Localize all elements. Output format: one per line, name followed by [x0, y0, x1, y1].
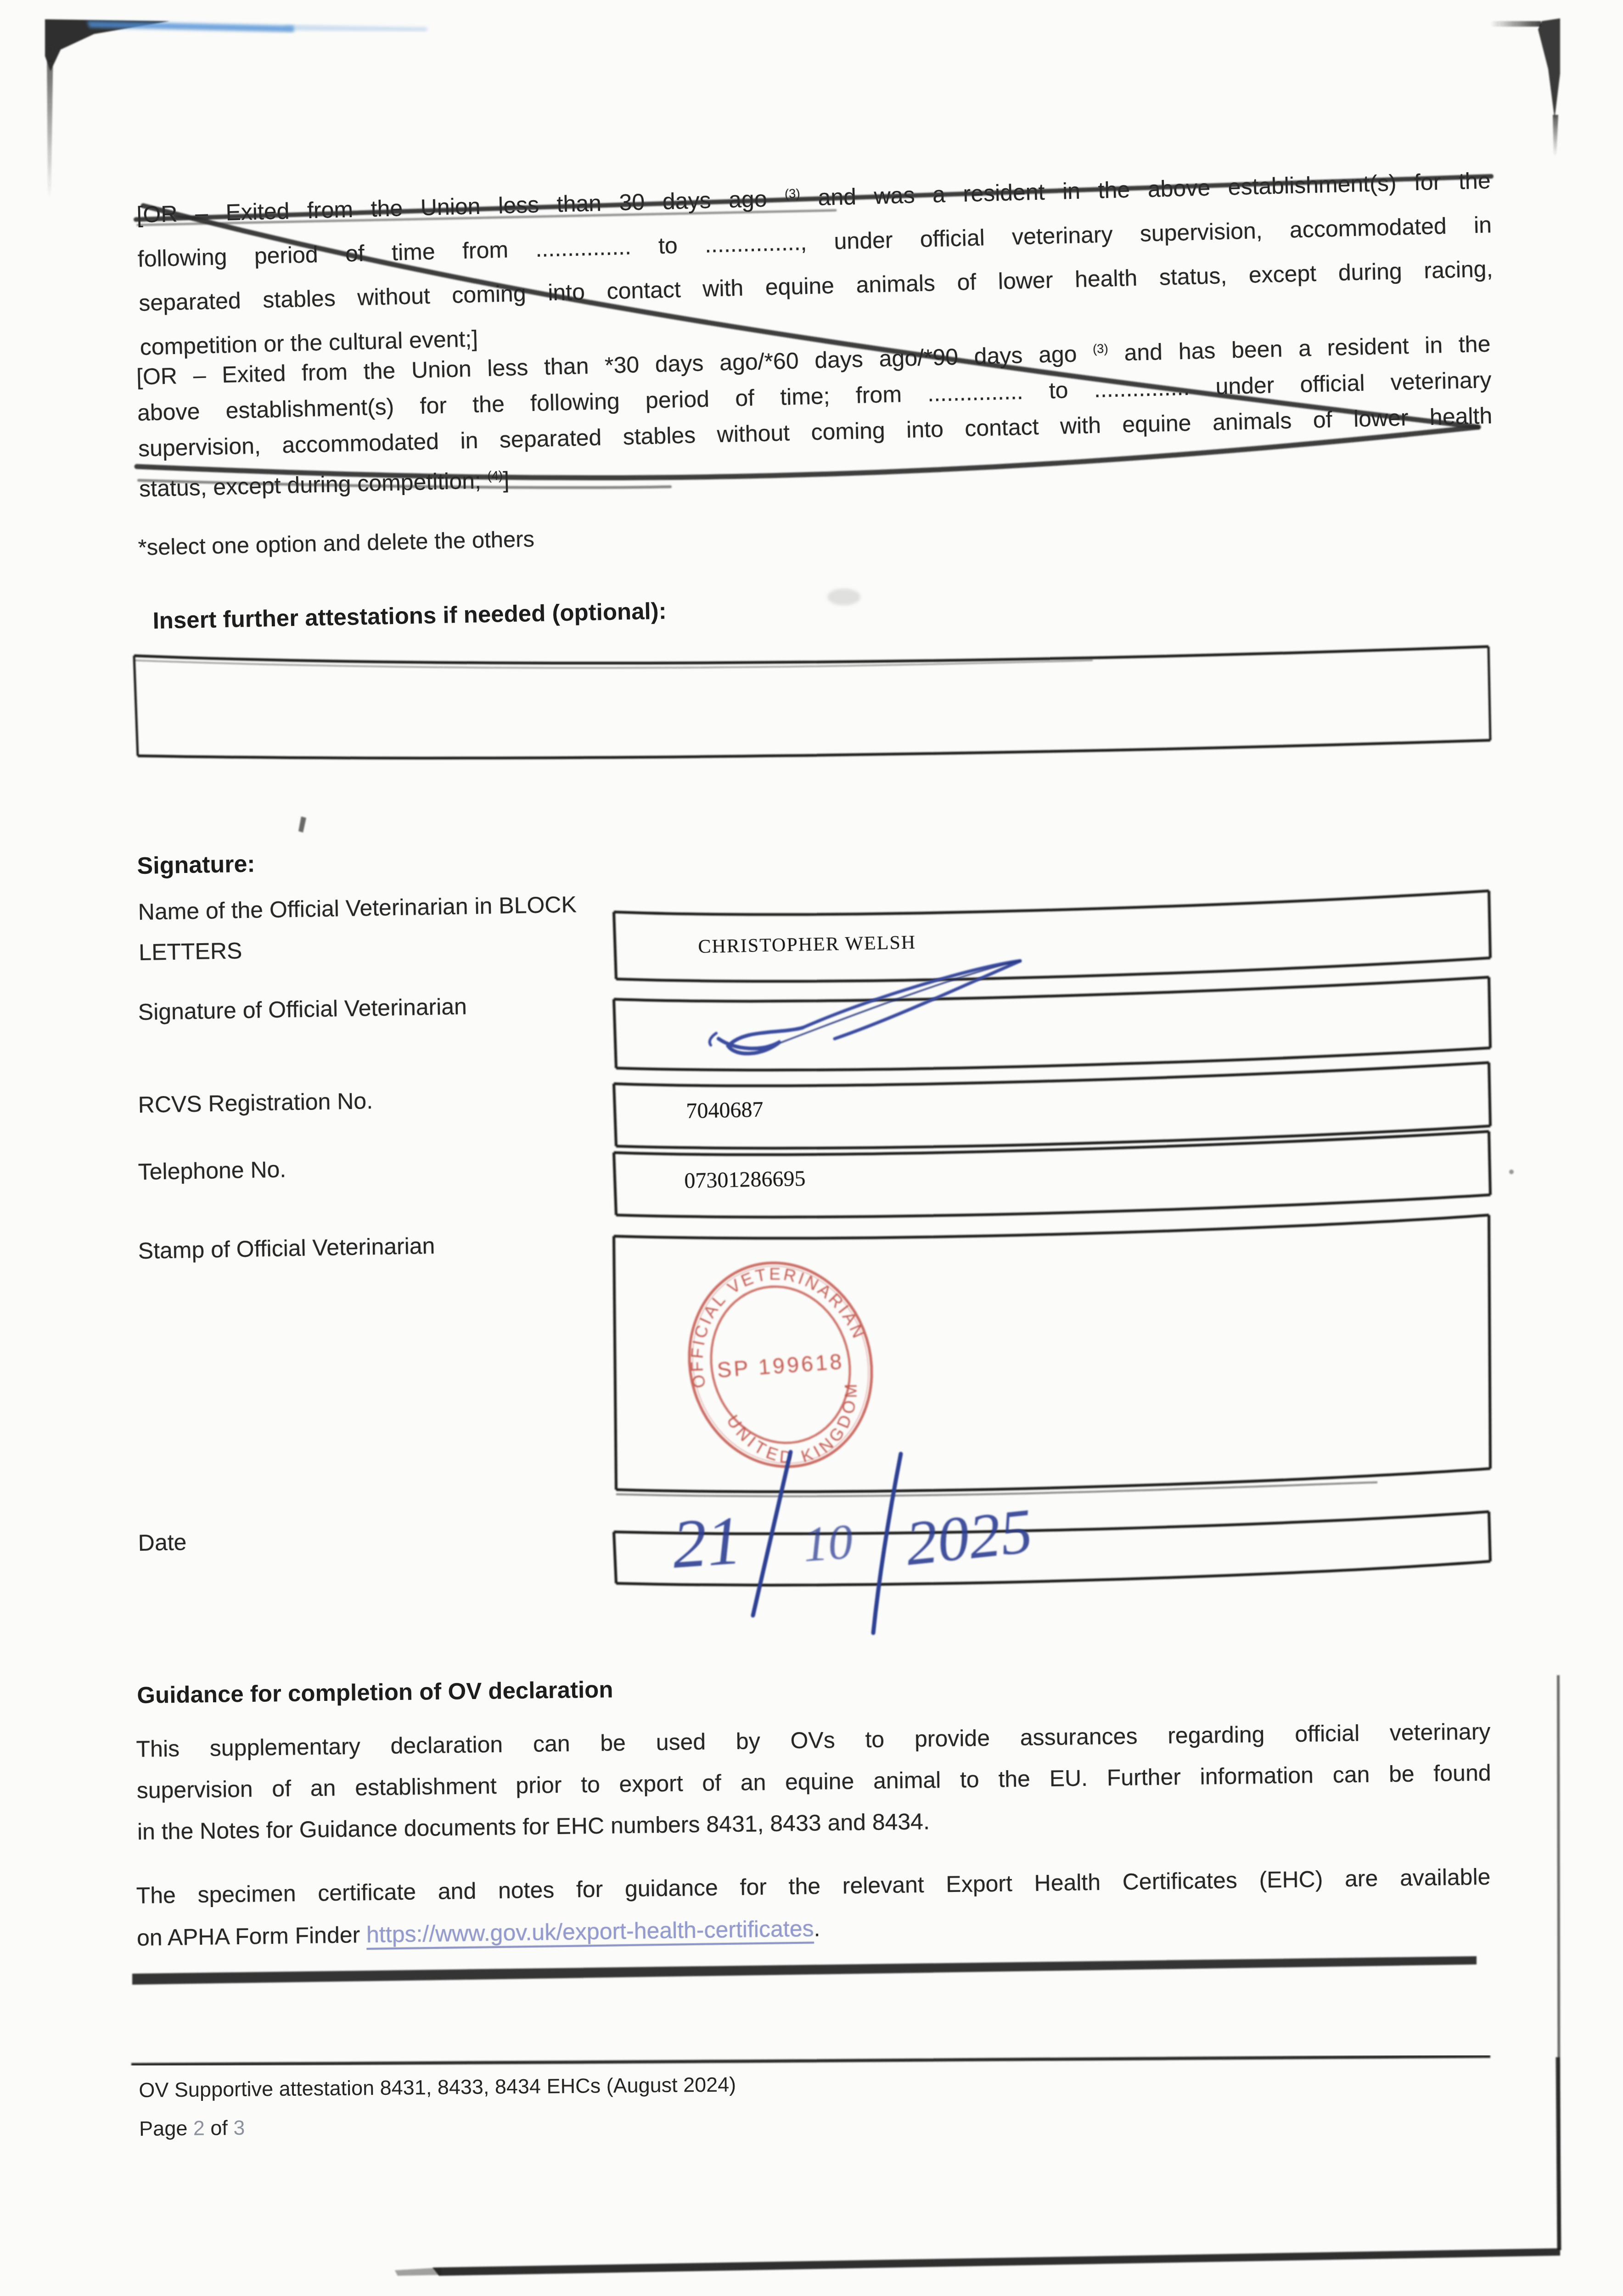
date-month: 10: [801, 1514, 854, 1572]
footnote-marker: (4): [487, 468, 503, 483]
ov-name-label: Name of the Official Veterinarian in BLO…: [138, 884, 626, 973]
date-day: 21: [670, 1502, 744, 1583]
export-health-certificates-link[interactable]: https://www.gov.uk/export-health-certifi…: [366, 1915, 814, 1947]
ov-name-value: CHRISTOPHER WELSH: [698, 931, 916, 958]
signature-field-box: [614, 977, 1490, 1070]
further-attestations-box: [134, 647, 1490, 758]
insert-attestations-heading: Insert further attestations if needed (o…: [152, 597, 667, 634]
telephone-value: 07301286695: [684, 1166, 806, 1193]
footer: OV Supportive attestation 8431, 8433, 84…: [139, 2065, 736, 2148]
footer-document-title: OV Supportive attestation 8431, 8433, 84…: [139, 2065, 736, 2110]
select-option-note: *select one option and delete the others: [138, 526, 535, 561]
guidance-paragraph-2: The specimen certificate and notes for g…: [136, 1856, 1491, 1959]
stamp-center-code: SP 199618: [716, 1349, 845, 1382]
scan-edge-artifacts: [298, 589, 1560, 2276]
page-number-total: 3: [233, 2116, 245, 2139]
stamp-arc-top-text: OFFICIAL VETERINARIAN: [662, 1241, 870, 1392]
signature-section-heading: Signature:: [137, 850, 255, 880]
stamp-label: Stamp of Official Veterinarian: [138, 1222, 625, 1271]
scanned-document-page: [OR – Exited from the Union less than 30…: [0, 0, 1623, 2296]
footnote-marker: (3): [785, 186, 800, 201]
stamp-arc-bottom-text: UNITED KINGDOM: [721, 1375, 879, 1485]
footer-rule: [131, 2056, 1490, 2065]
stamp-field-box: [614, 1215, 1490, 1496]
handwritten-date: 21 10 2025: [670, 1452, 1036, 1633]
top-right-corner-artifact: [1490, 18, 1560, 156]
telephone-label: Telephone No.: [138, 1143, 625, 1192]
handwritten-signature: [710, 961, 1021, 1053]
text-segment: in the Notes for Guidance documents for …: [137, 1808, 930, 1845]
thick-divider-bar: [132, 1956, 1477, 1985]
svg-text:UNITED KINGDOM: UNITED KINGDOM: [721, 1375, 879, 1485]
footnote-marker: (3): [1093, 341, 1108, 356]
text-segment: and has been a resident in the: [1108, 331, 1491, 366]
top-left-corner-artifact: [45, 19, 427, 197]
rcvs-registration-value: 7040687: [686, 1097, 764, 1124]
page-number-current: 2: [193, 2116, 205, 2140]
footer-page-indicator: Page 2 of 3: [139, 2104, 737, 2148]
or-clause-2: [OR – Exited from the Union less than *3…: [136, 321, 1494, 506]
field-boxes: [614, 891, 1490, 1585]
text-segment: [OR – Exited from the Union less than 30…: [136, 186, 785, 228]
text-segment: status, except during competition;: [139, 467, 488, 502]
date-field-box: [614, 1512, 1490, 1585]
date-year: 2025: [902, 1496, 1035, 1579]
text-segment: ]: [503, 467, 510, 493]
text-segment: and was a resident in the above establis…: [800, 168, 1491, 211]
text-segment: on APHA Form Finder: [137, 1922, 367, 1951]
svg-text:OFFICIAL VETERINARIAN: OFFICIAL VETERINARIAN: [662, 1241, 870, 1392]
date-label: Date: [138, 1514, 625, 1563]
guidance-paragraph-1: This supplementary declaration can be us…: [136, 1711, 1492, 1852]
guidance-heading: Guidance for completion of OV declaratio…: [137, 1676, 613, 1709]
rcvs-registration-label: RCVS Registration No.: [138, 1076, 625, 1125]
official-veterinarian-stamp: OFFICIAL VETERINARIAN UNITED KINGDOM SP …: [661, 1239, 900, 1491]
text-segment: .: [814, 1915, 820, 1941]
ov-signature-label: Signature of Official Veterinarian: [138, 984, 625, 1032]
